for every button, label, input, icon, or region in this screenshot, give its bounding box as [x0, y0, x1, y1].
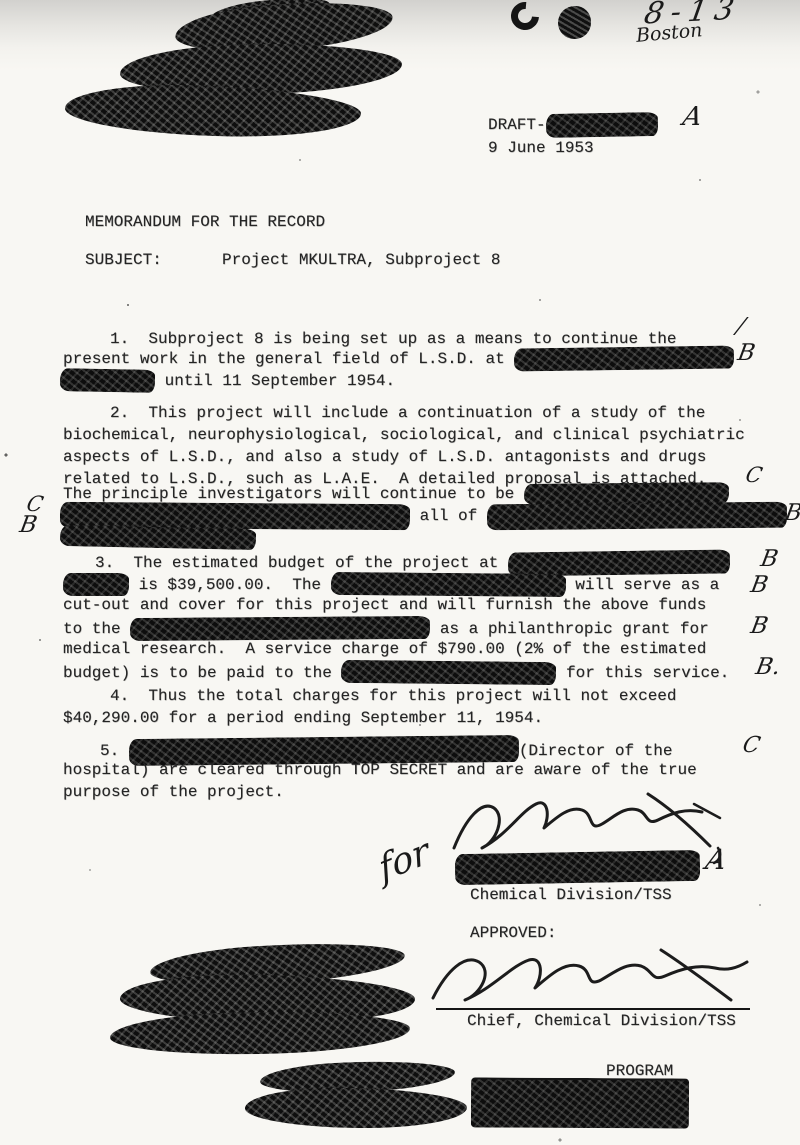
body-line: until 11 September 1954. — [60, 369, 395, 392]
subject-label: SUBJECT: — [85, 250, 162, 270]
scribble-stroke — [245, 1086, 468, 1129]
body-text: will serve as a — [566, 575, 720, 595]
body-text: to the — [63, 619, 130, 639]
body-line: 2. This project will include a continuat… — [110, 403, 705, 423]
subject-value: Project MKULTRA, Subproject 8 — [222, 250, 500, 270]
body-line: medical research. A service charge of $7… — [63, 639, 706, 659]
body-text: 3. The estimated budget of the project a… — [95, 553, 508, 573]
margin-c-mark-p2-right: C — [743, 463, 764, 487]
crescent-stamp-icon — [505, 0, 544, 36]
redaction-bar — [341, 660, 556, 685]
body-line: is $39,500.00. The will serve as a — [63, 573, 719, 596]
body-line: 3. The estimated budget of the project a… — [95, 551, 730, 575]
body-line: 4. Thus the total charges for this proje… — [110, 686, 677, 706]
margin-b-mark-p3-1: B — [759, 546, 780, 572]
redaction-bar — [63, 573, 129, 596]
redaction-bar — [514, 345, 734, 371]
body-line: present work in the general field of L.S… — [63, 347, 734, 370]
signature-underline — [436, 1008, 750, 1010]
body-text: all of — [410, 506, 487, 526]
margin-c-mark-p5: C — [740, 733, 762, 758]
date-line: 9 June 1953 — [488, 138, 594, 158]
hand-a-mark-signature: A — [703, 843, 729, 876]
chief-title-line: Chief, Chemical Division/TSS — [467, 1011, 736, 1031]
body-line: biochemical, neurophysiological, sociolo… — [63, 425, 745, 445]
redaction-bar — [487, 502, 787, 531]
redaction-bar — [130, 616, 430, 641]
body-line: The principle investigators will continu… — [63, 483, 729, 504]
body-line: hospital) are cleared through TOP SECRET… — [63, 760, 697, 780]
body-text: 5. — [100, 741, 129, 761]
body-text: present work in the general field of L.S… — [63, 349, 514, 369]
top-left-scribble-redaction — [60, 0, 405, 148]
margin-b-mark-p1: B — [736, 340, 757, 366]
redaction-bar — [60, 368, 155, 393]
margin-b-mark-p3-4: B. — [754, 654, 783, 680]
scribble-stroke — [110, 1009, 411, 1056]
bottom-left-scribble-redaction — [105, 940, 425, 1060]
body-line: purpose of the project. — [63, 782, 284, 802]
body-line: aspects of L.S.D., and also a study of L… — [63, 447, 706, 467]
redaction-bar — [545, 112, 657, 138]
body-text: The principle investigators will continu… — [63, 484, 524, 504]
body-text: as a philanthropic grant for — [430, 619, 708, 639]
hand-a-mark-draft: A — [680, 102, 704, 132]
bottom-center-scribble-redaction — [240, 1058, 470, 1133]
margin-b-mark-p3-2: B — [749, 572, 770, 598]
circle-stamp-icon — [558, 6, 591, 39]
redaction-bar — [60, 525, 256, 550]
body-line: all of — [60, 503, 787, 529]
body-line: budget) is to be paid to the for this se… — [63, 661, 729, 684]
margin-b-mark-p3-3: B — [749, 613, 770, 639]
scanned-memo-page: 8-13 Boston DRAFT- A 9 June 1953 MEMORAN… — [0, 0, 800, 1145]
margin-b-mark-p2-left: B — [18, 512, 39, 538]
body-text: is $39,500.00. The — [129, 575, 331, 595]
body-text: until 11 September 1954. — [155, 371, 395, 391]
margin-slash-mark: / — [734, 314, 748, 339]
body-text: (Director of the — [519, 741, 673, 761]
body-text: budget) is to be paid to the — [63, 663, 341, 683]
hand-city: Boston — [635, 19, 703, 47]
body-line: 1. Subproject 8 is being set up as a mea… — [110, 329, 677, 349]
body-line: $40,290.00 for a period ending September… — [63, 708, 543, 728]
redaction-bar — [331, 572, 566, 597]
body-line: to the as a philanthropic grant for — [63, 617, 709, 640]
redaction-bar — [471, 1077, 689, 1128]
approved-label: APPROVED: — [470, 923, 556, 943]
body-line: cut-out and cover for this project and w… — [63, 595, 706, 615]
memo-title: MEMORANDUM FOR THE RECORD — [85, 212, 325, 232]
redaction-bar — [455, 850, 701, 885]
signature-scrawl-2 — [425, 946, 760, 1012]
draft-label: DRAFT- — [488, 115, 546, 135]
hand-for-mark: for — [375, 831, 433, 891]
draft-line: DRAFT- — [488, 113, 658, 137]
program-label: PROGRAM — [606, 1061, 673, 1081]
chemical-division-line: Chemical Division/TSS — [470, 885, 672, 905]
body-text: for this service. — [556, 663, 729, 683]
